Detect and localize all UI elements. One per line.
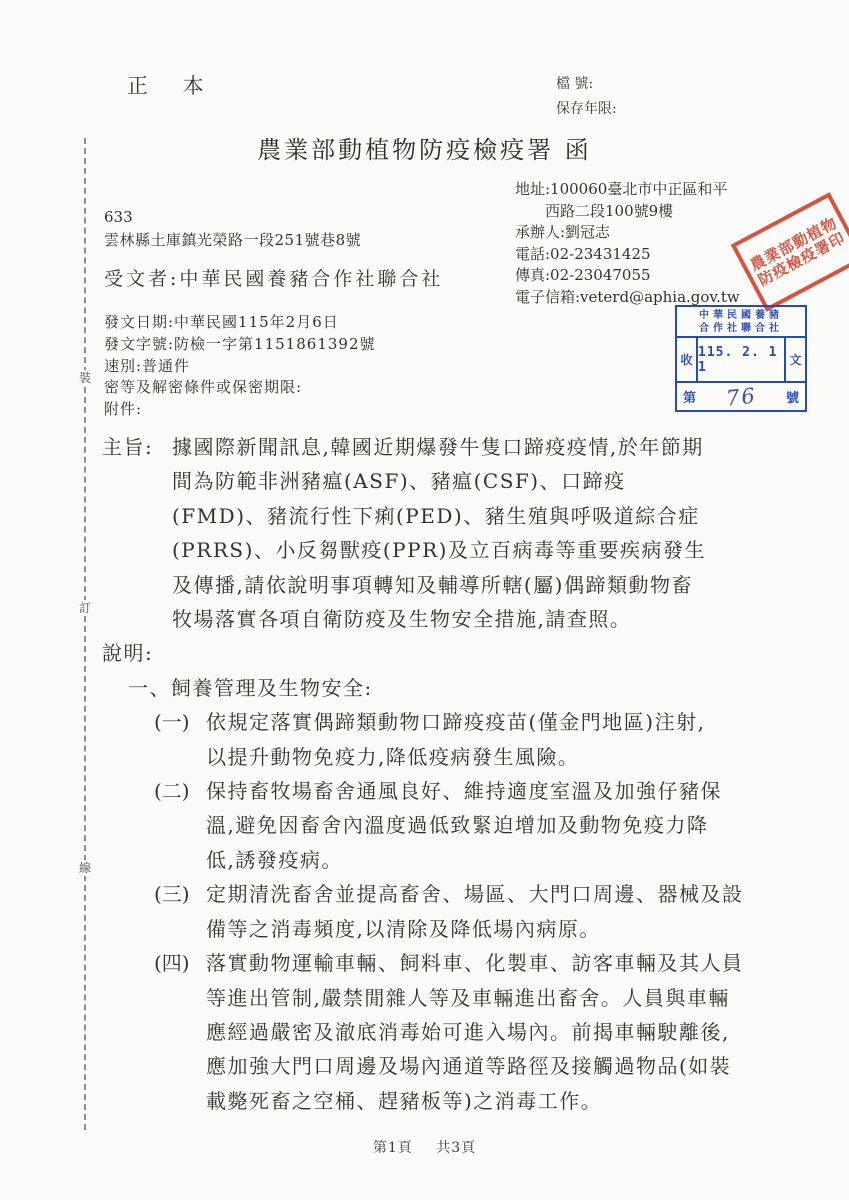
binding-dashed-line bbox=[84, 138, 86, 1130]
red-agency-seal: 農業部動植物防疫檢疫署印 bbox=[731, 192, 849, 312]
item-line: 備等之消毒頻度,以清除及降低場內病原。 bbox=[206, 912, 814, 946]
description-section1-heading: 一、飼養管理及生物安全: bbox=[102, 671, 814, 705]
speed-class: 速別:普通件 bbox=[104, 356, 376, 378]
agency-phone: 電話:02-23431425 bbox=[515, 244, 740, 266]
document-meta-block: 發文日期:中華民國115年2月6日 發文字號:防檢一字第1151861392號 … bbox=[104, 312, 376, 421]
item-marker: (二) bbox=[154, 774, 206, 877]
binding-mark-xian: 線 bbox=[77, 860, 93, 876]
document-title: 農業部動植物防疫檢疫署 函 bbox=[0, 130, 849, 165]
footer-total-pages: 共3頁 bbox=[436, 1140, 476, 1156]
receipt-stamp-org: 中華民國養豬 合作社聯合社 bbox=[677, 307, 805, 338]
item-marker: (一) bbox=[154, 705, 206, 774]
item-line: 應經過嚴密及澈底消毒始可進入場內。前揭車輛駛離後, bbox=[206, 1015, 814, 1049]
receipt-stamp-org-line2: 合作社聯合社 bbox=[677, 322, 805, 335]
binding-mark-zhuang: 裝 bbox=[77, 370, 93, 386]
subject-line: 牧場落實各項自衛防疫及生物安全措施,請查照。 bbox=[172, 602, 814, 636]
subject-line: (PRRS)、小反芻獸疫(PPR)及立百病毒等重要疾病發生 bbox=[172, 533, 814, 567]
item-text: 依規定落實偶蹄類動物口蹄疫疫苗(僅金門地區)注射, 以提升動物免疫力,降低疫病發… bbox=[206, 705, 814, 774]
item-text: 落實動物運輸車輛、飼料車、化製車、訪客車輛及其人員 等進出管制,嚴禁閒雜人等及車… bbox=[206, 946, 814, 1118]
agency-address-line2: 西路二段100號9樓 bbox=[515, 201, 740, 223]
subject-line: 間為防範非洲豬瘟(ASF)、豬瘟(CSF)、口蹄疫 bbox=[172, 464, 814, 498]
description-item-2: (二) 保持畜牧場畜舍通風良好、維持適度室溫及加強仔豬保 溫,避免因畜舍內溫度過… bbox=[102, 774, 814, 877]
receipt-stamp-receive-char: 收 bbox=[677, 338, 698, 381]
item-line: 定期清洗畜舍並提高畜舍、場區、大門口周邊、器械及設 bbox=[206, 877, 814, 911]
item-line: 載斃死畜之空桶、趕豬板等)之消毒工作。 bbox=[206, 1084, 814, 1118]
recipient-address: 雲林縣土庫鎮光榮路一段251號巷8號 bbox=[104, 229, 361, 250]
item-line: 依規定落實偶蹄類動物口蹄疫疫苗(僅金門地區)注射, bbox=[206, 705, 814, 739]
red-agency-seal-text: 農業部動植物防疫檢疫署印 bbox=[746, 214, 849, 291]
receipt-stamp-org-line1: 中華民國養豬 bbox=[677, 309, 805, 322]
item-line: 以提升動物免疫力,降低疫病發生風險。 bbox=[206, 740, 814, 774]
copy-type-label: 正 本 bbox=[127, 70, 218, 100]
subject-line: 據國際新聞訊息,韓國近期爆發牛隻口蹄疫疫情,於年節期 bbox=[172, 430, 814, 464]
attachment-label: 附件: bbox=[104, 399, 376, 421]
item-marker: (四) bbox=[154, 946, 206, 1118]
description-item-1: (一) 依規定落實偶蹄類動物口蹄疫疫苗(僅金門地區)注射, 以提升動物免疫力,降… bbox=[102, 705, 814, 774]
receipt-stamp-date: 115. 2. 1 1 bbox=[698, 338, 784, 381]
item-marker: (三) bbox=[154, 877, 206, 946]
receipt-stamp-number-handwritten: 76 bbox=[724, 383, 757, 410]
subject-text: 據國際新聞訊息,韓國近期爆發牛隻口蹄疫疫情,於年節期 間為防範非洲豬瘟(ASF)… bbox=[172, 430, 814, 636]
description-label: 說明: bbox=[102, 636, 814, 670]
item-line: 低,誘發疫病。 bbox=[206, 843, 814, 877]
receipt-stamp-no-suffix: 號 bbox=[786, 387, 799, 406]
item-line: 應加強大門口周邊及場內通道等路徑及接觸過物品(如裝 bbox=[206, 1049, 814, 1083]
page-footer: 第1頁 共3頁 bbox=[0, 1137, 849, 1157]
item-line: 等進出管制,嚴禁閒雜人等及車輛進出畜舍。人員與車輛 bbox=[206, 981, 814, 1015]
letter-body: 主旨: 據國際新聞訊息,韓國近期爆發牛隻口蹄疫疫情,於年節期 間為防範非洲豬瘟(… bbox=[102, 430, 814, 1118]
item-text: 定期清洗畜舍並提高畜舍、場區、大門口周邊、器械及設 備等之消毒頻度,以清除及降低… bbox=[206, 877, 814, 946]
recipient-name: 受文者:中華民國養豬合作社聯合社 bbox=[104, 264, 443, 291]
receipt-stamp-date-row: 收 115. 2. 1 1 文 bbox=[677, 338, 805, 383]
description-item-3: (三) 定期清洗畜舍並提高畜舍、場區、大門口周邊、器械及設 備等之消毒頻度,以清… bbox=[102, 877, 814, 946]
subject-label: 主旨: bbox=[102, 430, 172, 636]
receipt-stamp-no-prefix: 第 bbox=[683, 387, 696, 406]
agency-address-line1: 地址:100060臺北市中正區和平 bbox=[515, 179, 740, 201]
binding-mark-ding: 訂 bbox=[77, 600, 93, 616]
footer-page-number: 第1頁 bbox=[373, 1140, 413, 1156]
item-line: 溫,避免因畜舍內溫度過低致緊迫增加及動物免疫力降 bbox=[206, 808, 814, 842]
issue-date: 發文日期:中華民國115年2月6日 bbox=[104, 312, 376, 334]
item-text: 保持畜牧場畜舍通風良好、維持適度室溫及加強仔豬保 溫,避免因畜舍內溫度過低致緊迫… bbox=[206, 774, 814, 877]
security-class: 密等及解密條件或保密期限: bbox=[104, 377, 376, 399]
issue-number: 發文字號:防檢一字第1151861392號 bbox=[104, 334, 376, 356]
subject-paragraph: 主旨: 據國際新聞訊息,韓國近期爆發牛隻口蹄疫疫情,於年節期 間為防範非洲豬瘟(… bbox=[102, 430, 814, 636]
subject-line: 及傳播,請依說明事項轉知及輔導所轄(屬)偶蹄類動物畜 bbox=[172, 568, 814, 602]
agency-contact-person: 承辦人:劉冠志 bbox=[515, 222, 740, 244]
item-line: 保持畜牧場畜舍通風良好、維持適度室溫及加強仔豬保 bbox=[206, 774, 814, 808]
receipt-stamp-number-row: 第 76 號 bbox=[677, 383, 805, 410]
description-item-4: (四) 落實動物運輸車輛、飼料車、化製車、訪客車輛及其人員 等進出管制,嚴禁閒雜… bbox=[102, 946, 814, 1118]
subject-line: (FMD)、豬流行性下痢(PED)、豬生殖與呼吸道綜合症 bbox=[172, 499, 814, 533]
retention-period-label: 保存年限: bbox=[556, 97, 617, 122]
file-number-label: 檔 號: bbox=[556, 72, 617, 97]
receipt-stamp-doc-char: 文 bbox=[784, 338, 805, 381]
receipt-stamp: 中華民國養豬 合作社聯合社 收 115. 2. 1 1 文 第 76 號 bbox=[675, 305, 807, 412]
recipient-zip: 633 bbox=[104, 208, 133, 226]
file-number-block: 檔 號: 保存年限: bbox=[556, 72, 617, 122]
item-line: 落實動物運輸車輛、飼料車、化製車、訪客車輛及其人員 bbox=[206, 946, 814, 980]
agency-contact-block: 地址:100060臺北市中正區和平 西路二段100號9樓 承辦人:劉冠志 電話:… bbox=[515, 179, 740, 308]
agency-fax: 傳真:02-23047055 bbox=[515, 265, 740, 287]
